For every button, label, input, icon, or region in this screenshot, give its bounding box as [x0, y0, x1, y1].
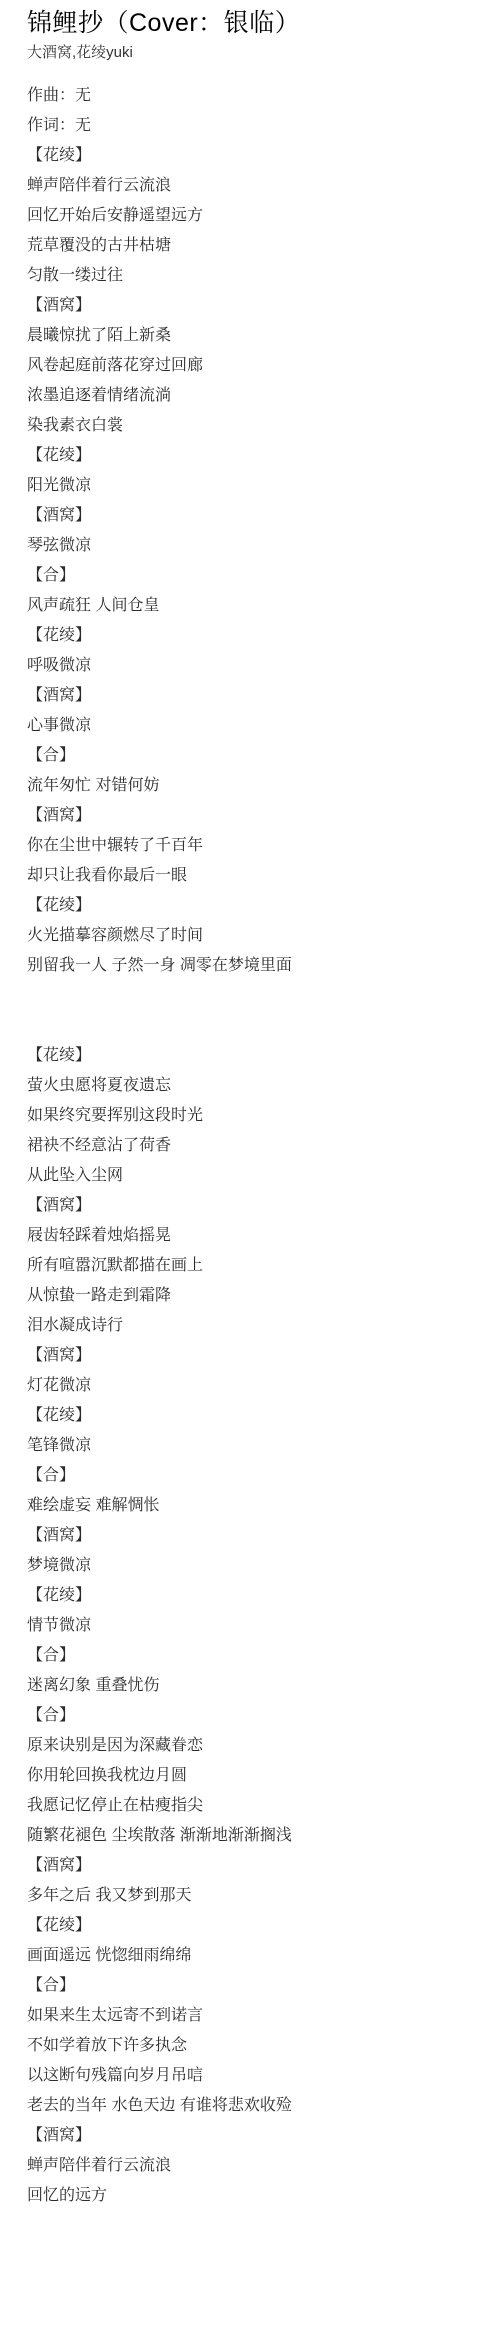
lyric-line: 原来诀别是因为深藏眷恋 — [27, 1731, 480, 1761]
lyric-line: 多年之后 我又梦到那天 — [27, 1881, 480, 1911]
lyric-section-label: 【酒窝】 — [27, 2121, 480, 2151]
lyric-line: 老去的当年 水色天边 有谁将悲欢收殓 — [27, 2091, 480, 2121]
lyric-line: 从此坠入尘网 — [27, 1161, 480, 1191]
lyric-line: 笔锋微凉 — [27, 1431, 480, 1461]
lyric-section-label: 【花绫】 — [27, 891, 480, 921]
lyric-line: 情节微凉 — [27, 1611, 480, 1641]
lyric-line: 回忆开始后安静遥望远方 — [27, 201, 480, 231]
artist-names: 大酒窝,花绫yuki — [27, 42, 480, 64]
lyric-line: 风卷起庭前落花穿过回廊 — [27, 351, 480, 381]
lyric-line: 别留我一人 子然一身 凋零在梦境里面 — [27, 951, 480, 981]
credits-block: 作曲：无作词：无 — [27, 81, 480, 141]
lyric-line: 你在尘世中辗转了千百年 — [27, 831, 480, 861]
lyric-line: 琴弦微凉 — [27, 531, 480, 561]
lyric-line: 屐齿轻踩着烛焰摇晃 — [27, 1221, 480, 1251]
lyric-section-label: 【酒窝】 — [27, 681, 480, 711]
lyric-section-label: 【花绫】 — [27, 1401, 480, 1431]
lyric-section-label: 【花绫】 — [27, 441, 480, 471]
lyric-line: 晨曦惊扰了陌上新桑 — [27, 321, 480, 351]
lyric-line: 火光描摹容颜燃尽了时间 — [27, 921, 480, 951]
lyrics-block: 【花绫】蝉声陪伴着行云流浪回忆开始后安静遥望远方荒草覆没的古井枯塘匀散一缕过往【… — [27, 141, 480, 2211]
lyric-line: 蝉声陪伴着行云流浪 — [27, 171, 480, 201]
lyric-line: 你用轮回换我枕边月圆 — [27, 1761, 480, 1791]
lyric-line: 却只让我看你最后一眼 — [27, 861, 480, 891]
lyric-line: 灯花微凉 — [27, 1371, 480, 1401]
lyric-section-label: 【酒窝】 — [27, 1191, 480, 1221]
lyric-section-label: 【酒窝】 — [27, 1521, 480, 1551]
lyric-line: 不如学着放下许多执念 — [27, 2031, 480, 2061]
credit-line: 作曲：无 — [27, 81, 480, 111]
lyric-section-label: 【合】 — [27, 1461, 480, 1491]
lyric-section-label: 【合】 — [27, 1641, 480, 1671]
lyric-section-label: 【酒窝】 — [27, 801, 480, 831]
lyric-section-label: 【酒窝】 — [27, 291, 480, 321]
lyric-line: 染我素衣白裳 — [27, 411, 480, 441]
lyric-blank-line — [27, 981, 480, 1011]
lyric-line: 如果终究要挥别这段时光 — [27, 1101, 480, 1131]
lyric-line: 画面遥远 恍惚细雨绵绵 — [27, 1941, 480, 1971]
lyric-line: 以这断句残篇向岁月吊唁 — [27, 2061, 480, 2091]
lyric-section-label: 【合】 — [27, 741, 480, 771]
lyric-line: 心事微凉 — [27, 711, 480, 741]
song-title: 锦鲤抄（Cover：银临） — [27, 6, 480, 40]
credit-line: 作词：无 — [27, 111, 480, 141]
lyric-section-label: 【酒窝】 — [27, 501, 480, 531]
lyric-line: 所有喧嚣沉默都描在画上 — [27, 1251, 480, 1281]
lyric-section-label: 【酒窝】 — [27, 1851, 480, 1881]
lyric-line: 如果来生太远寄不到诺言 — [27, 2001, 480, 2031]
lyric-line: 我愿记忆停止在枯瘦指尖 — [27, 1791, 480, 1821]
lyric-line: 阳光微凉 — [27, 471, 480, 501]
lyric-line: 流年匆忙 对错何妨 — [27, 771, 480, 801]
lyric-line: 呼吸微凉 — [27, 651, 480, 681]
lyric-line: 裙袂不经意沾了荷香 — [27, 1131, 480, 1161]
lyric-section-label: 【合】 — [27, 561, 480, 591]
lyric-line: 随繁花褪色 尘埃散落 渐渐地渐渐搁浅 — [27, 1821, 480, 1851]
lyric-line: 从惊蛰一路走到霜降 — [27, 1281, 480, 1311]
lyric-line: 荒草覆没的古井枯塘 — [27, 231, 480, 261]
lyric-blank-line — [27, 1011, 480, 1041]
lyric-line: 匀散一缕过往 — [27, 261, 480, 291]
lyric-section-label: 【酒窝】 — [27, 1341, 480, 1371]
lyric-section-label: 【合】 — [27, 1971, 480, 2001]
lyric-line: 泪水凝成诗行 — [27, 1311, 480, 1341]
lyric-section-label: 【合】 — [27, 1701, 480, 1731]
lyrics-page: 锦鲤抄（Cover：银临） 大酒窝,花绫yuki 作曲：无作词：无 【花绫】蝉声… — [0, 0, 500, 2251]
lyric-line: 难绘虚妄 难解惆怅 — [27, 1491, 480, 1521]
lyric-section-label: 【花绫】 — [27, 1581, 480, 1611]
lyric-line: 梦境微凉 — [27, 1551, 480, 1581]
lyric-section-label: 【花绫】 — [27, 141, 480, 171]
lyric-section-label: 【花绫】 — [27, 1041, 480, 1071]
lyric-line: 萤火虫愿将夏夜遗忘 — [27, 1071, 480, 1101]
lyric-line: 迷离幻象 重叠忧伤 — [27, 1671, 480, 1701]
lyric-section-label: 【花绫】 — [27, 621, 480, 651]
lyric-section-label: 【花绫】 — [27, 1911, 480, 1941]
lyric-line: 浓墨追逐着情绪流淌 — [27, 381, 480, 411]
lyric-line: 回忆的远方 — [27, 2181, 480, 2211]
lyric-line: 蝉声陪伴着行云流浪 — [27, 2151, 480, 2181]
lyric-line: 风声疏狂 人间仓皇 — [27, 591, 480, 621]
